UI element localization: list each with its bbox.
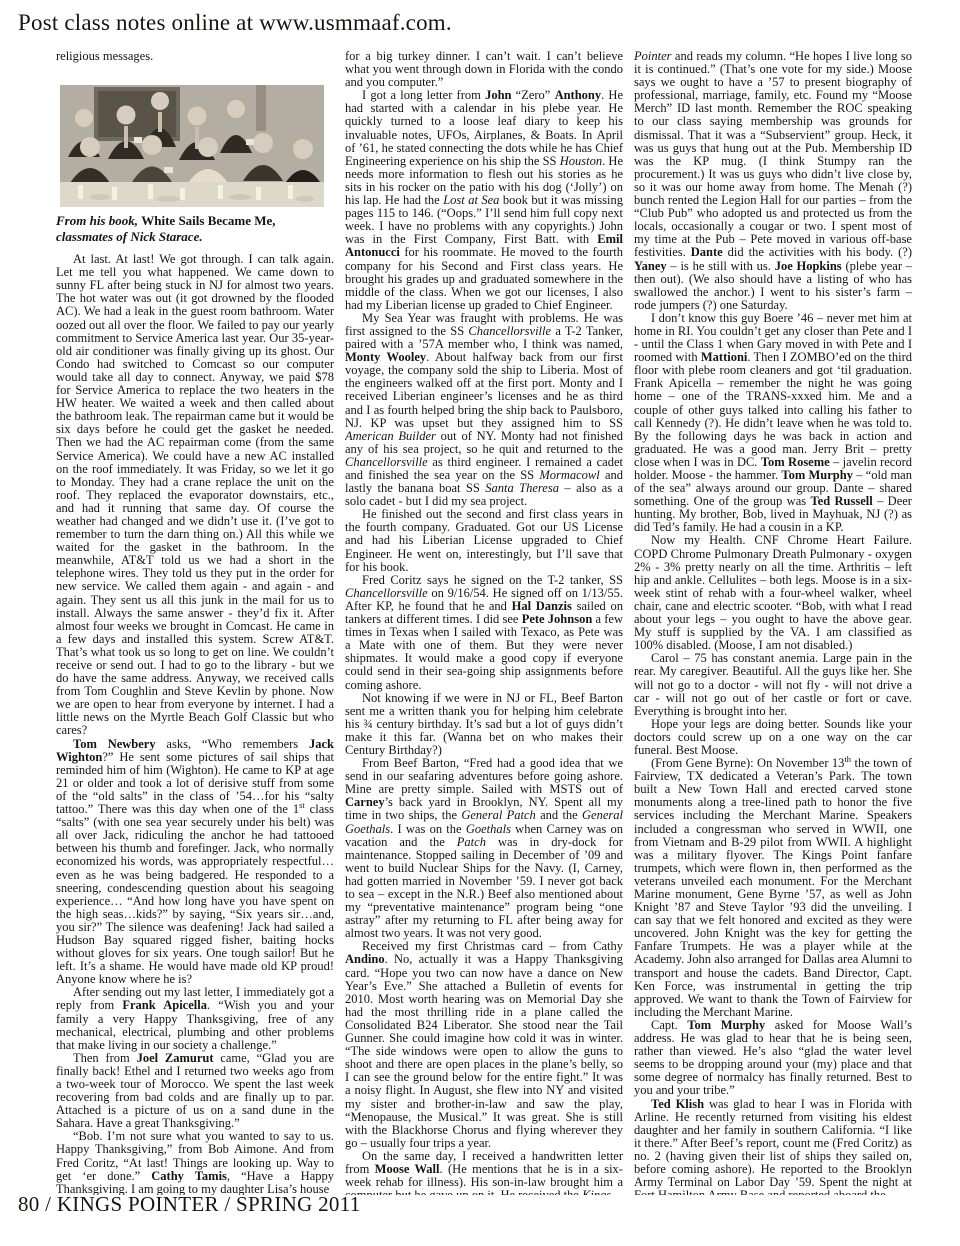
text-run: for a big turkey dinner. I can’t wait. I…	[345, 50, 623, 89]
text-run: Pete Johnson	[522, 612, 593, 626]
paragraph: After sending out my last letter, I imme…	[56, 986, 334, 1051]
text-run: Ted Russell	[810, 494, 872, 508]
text-run: Received my first Christmas card – from …	[362, 939, 623, 953]
paragraph: I don’t know this guy Boere ’46 – never …	[634, 312, 912, 535]
text-run: the town of Fairview, TX dedicated a Vet…	[634, 756, 912, 1019]
text-run: Anthony	[555, 88, 602, 102]
paragraph: Pointer and reads my column. “He hopes I…	[634, 50, 912, 312]
page-header: Post class notes online at www.usmmaaf.c…	[18, 10, 452, 36]
paragraph: Then from Joel Zamurut came, “Glad you a…	[56, 1052, 334, 1131]
text-run: Capt.	[651, 1018, 687, 1032]
page-footer: 80 / KINGS POINTER / SPRING 2011	[18, 1192, 361, 1217]
paragraph: Ted Klish was glad to hear I was in Flor…	[634, 1098, 912, 1196]
paragraph: for a big turkey dinner. I can’t wait. I…	[345, 50, 623, 89]
magazine-page: Post class notes online at www.usmmaaf.c…	[0, 0, 960, 1246]
text-run: Lost at Sea	[443, 193, 499, 207]
text-run: Moose Wall	[375, 1162, 440, 1176]
text-run: Mattioni	[701, 350, 748, 364]
paragraph: (From Gene Byrne): On November 13th the …	[634, 757, 912, 1019]
column-3: Pointer and reads my column. “He hopes I…	[634, 50, 912, 1195]
text-run: American Builder	[345, 429, 436, 443]
text-run: Carol – 75 has constant anemia. Large pa…	[634, 651, 912, 717]
column-2: for a big turkey dinner. I can’t wait. I…	[345, 50, 623, 1195]
text-run: From Beef Barton, “Fred had a good idea …	[345, 756, 623, 796]
text-run: White Sails Became Me,	[141, 213, 275, 228]
text-run: Ted Klish	[651, 1097, 704, 1111]
text-run: Kings	[582, 1188, 611, 1195]
group-photo-image	[60, 85, 324, 207]
text-run: Dante	[691, 245, 723, 259]
text-run: Cathy Tamis	[151, 1169, 227, 1183]
paragraph: On the same day, I received a handwritte…	[345, 1150, 623, 1195]
text-run: . Then I ZOMBO’ed on the third floor wit…	[634, 350, 912, 469]
text-run: Hope your legs are doing better. Sounds …	[634, 717, 912, 757]
text-run: Tom Roseme	[761, 455, 830, 469]
text-run: Fred Coritz says he signed on the T-2 ta…	[362, 573, 623, 587]
text-run: Monty Wooley	[345, 350, 426, 364]
paragraph: Capt. Tom Murphy asked for Moose Wall’s …	[634, 1019, 912, 1098]
text-run: was in dry-dock for maintenance. Stopped…	[345, 835, 623, 941]
paragraph: My Sea Year was fraught with problems. H…	[345, 312, 623, 508]
text-run: Goethals	[466, 822, 511, 836]
paragraph: I got a long letter from John “Zero” Ant…	[345, 89, 623, 312]
paragraph: At last. At last! We got through. I can …	[56, 253, 334, 737]
text-run: Frank Apicella	[122, 998, 207, 1012]
text-run: class “salts” (with one sea year securel…	[56, 802, 334, 986]
text-run: He finished out the second and first cla…	[345, 507, 623, 573]
text-run: Mormacowl	[539, 468, 599, 482]
text-run: Santa Theresa	[485, 481, 559, 495]
text-run: and the	[536, 808, 582, 822]
paragraph: Fred Coritz says he signed on the T-2 ta…	[345, 574, 623, 692]
text-run: Tom Murphy	[687, 1018, 765, 1032]
text-run: Patch	[457, 835, 486, 849]
group-photo	[60, 85, 324, 207]
paragraph: He finished out the second and first cla…	[345, 508, 623, 573]
paragraph: Hope your legs are doing better. Sounds …	[634, 718, 912, 757]
text-run: (From Gene Byrne): On November 13	[651, 756, 844, 770]
text-run: was glad to hear I was in Florida with A…	[634, 1097, 912, 1196]
text-run: – is he still with us.	[667, 259, 775, 273]
text-run: John	[485, 88, 511, 102]
paragraph: Received my first Christmas card – from …	[345, 940, 623, 1150]
paragraph: Carol – 75 has constant anemia. Large pa…	[634, 652, 912, 717]
photo-caption: From his book, White Sails Became Me, cl…	[56, 213, 334, 244]
text-run: Hal Danzis	[512, 599, 572, 613]
paragraph: Not knowing if we were in NJ or FL, Beef…	[345, 692, 623, 757]
text-run: From his book,	[56, 213, 141, 228]
paragraph: religious messages.	[56, 50, 334, 63]
text-run: did the activities with his body. (?)	[723, 245, 912, 259]
text-run: Then from	[73, 1051, 137, 1065]
text-run: asks, “Who remembers	[156, 737, 309, 751]
column-1: religious messages.	[56, 50, 334, 1195]
text-run: Joe Hopkins	[775, 259, 842, 273]
text-run: Tom Newbery	[73, 737, 156, 751]
text-run: Andino	[345, 952, 385, 966]
paragraph: “Bob. I’m not sure what you wanted to sa…	[56, 1130, 334, 1195]
text-run: religious messages.	[56, 50, 153, 63]
text-run: Houston	[560, 154, 602, 168]
text-run: Yaney	[634, 259, 667, 273]
text-run: Chancellorsville	[468, 324, 551, 338]
text-run: Joel Zamurut	[137, 1051, 214, 1065]
text-run: General Patch	[461, 808, 535, 822]
text-run: and reads my column. “He hopes I live lo…	[634, 50, 912, 259]
paragraph: Now my Health. CNF Chrome Heart Failure.…	[634, 534, 912, 652]
text-run: Carney	[345, 795, 385, 809]
text-run: I got a long letter from	[362, 88, 485, 102]
text-run: Now my Health. CNF Chrome Heart Failure.…	[634, 533, 912, 652]
text-run: . I was on the	[390, 822, 466, 836]
text-run: Pointer	[634, 50, 672, 63]
text-run: classmates of Nick Starace.	[56, 229, 203, 244]
text-run: “Zero”	[511, 88, 554, 102]
article-columns: religious messages.	[56, 50, 912, 1195]
paragraph: Tom Newbery asks, “Who remembers Jack Wi…	[56, 738, 334, 987]
text-run: Chancellorsville	[345, 586, 428, 600]
text-run: Not knowing if we were in NJ or FL, Beef…	[345, 691, 623, 757]
text-run: Tom Murphy	[781, 468, 853, 482]
text-run: At last. At last! We got through. I can …	[56, 252, 334, 737]
text-run: Chancellorsville	[345, 455, 428, 469]
paragraph: From Beef Barton, “Fred had a good idea …	[345, 757, 623, 940]
text-run: . No, actually it was a Happy Thanksgivi…	[345, 952, 623, 1149]
